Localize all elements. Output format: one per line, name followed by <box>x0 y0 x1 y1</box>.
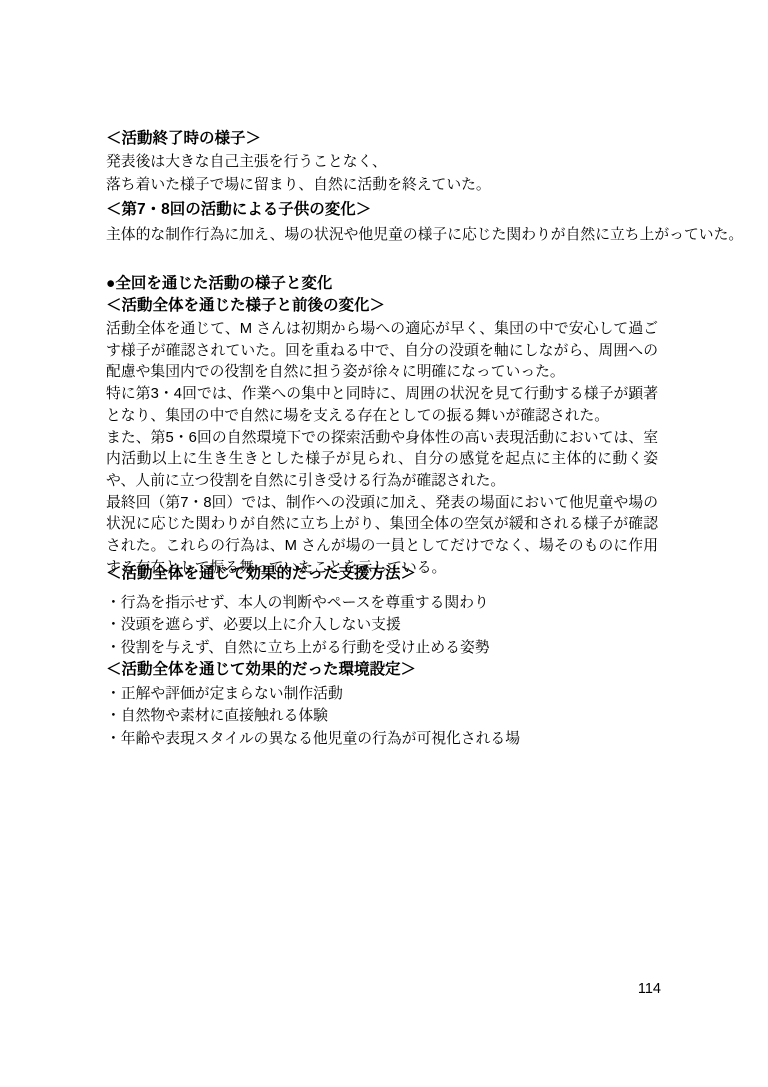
document-page: ＜活動終了時の様子＞ 発表後は大きな自己主張を行うことなく、 落ち着いた様子で場… <box>0 0 768 1087</box>
list-item: ・行為を指示せず、本人の判断やペースを尊重する関わり <box>106 592 490 614</box>
support-methods-list: ・行為を指示せず、本人の判断やペースを尊重する関わり ・没頭を遮らず、必要以上に… <box>106 592 490 659</box>
environment-settings-list: ・正解や評価が定まらない制作活動 ・自然物や素材に直接触れる体験 ・年齢や表現ス… <box>106 683 520 750</box>
bullet-heading-overall: ●全回を通じた活動の様子と変化 <box>106 272 332 296</box>
section-heading-activity-end: ＜活動終了時の様子＞ <box>106 127 261 151</box>
section-heading-support-methods: ＜活動全体を通じて効果的だった支援方法＞ <box>106 562 416 586</box>
list-item: ・自然物や素材に直接触れる体験 <box>106 705 520 727</box>
overall-paragraphs: 活動全体を通じて、M さんは初期から場への適応が早く、集団の中で安心して過ごす様… <box>106 319 658 579</box>
paragraph: 活動全体を通じて、M さんは初期から場への適応が早く、集団の中で安心して過ごす様… <box>106 319 658 384</box>
paragraph: また、第5・6回の自然環境下での探索活動や身体性の高い表現活動においては、室内活… <box>106 428 658 493</box>
body-line: 主体的な制作行為に加え、場の状況や他児童の様子に応じた関わりが自然に立ち上がって… <box>106 225 743 247</box>
list-item: ・正解や評価が定まらない制作活動 <box>106 683 520 705</box>
body-line: 発表後は大きな自己主張を行うことなく、 <box>106 152 387 174</box>
section-heading-environment-settings: ＜活動全体を通じて効果的だった環境設定＞ <box>106 658 416 682</box>
page-number: 114 <box>606 980 661 998</box>
body-line: 落ち着いた様子で場に留まり、自然に活動を終えていた。 <box>106 175 491 197</box>
list-item: ・没頭を遮らず、必要以上に介入しない支援 <box>106 614 490 636</box>
paragraph: 特に第3・4回では、作業への集中と同時に、周囲の状況を見て行動する様子が顕著とな… <box>106 384 658 427</box>
section-heading-overall-change: ＜活動全体を通じた様子と前後の変化＞ <box>106 294 385 318</box>
list-item: ・年齢や表現スタイルの異なる他児童の行為が可視化される場 <box>106 728 520 750</box>
section-heading-session78-change: ＜第7・8回の活動による子供の変化＞ <box>106 198 371 222</box>
list-item: ・役割を与えず、自然に立ち上がる行動を受け止める姿勢 <box>106 637 490 659</box>
